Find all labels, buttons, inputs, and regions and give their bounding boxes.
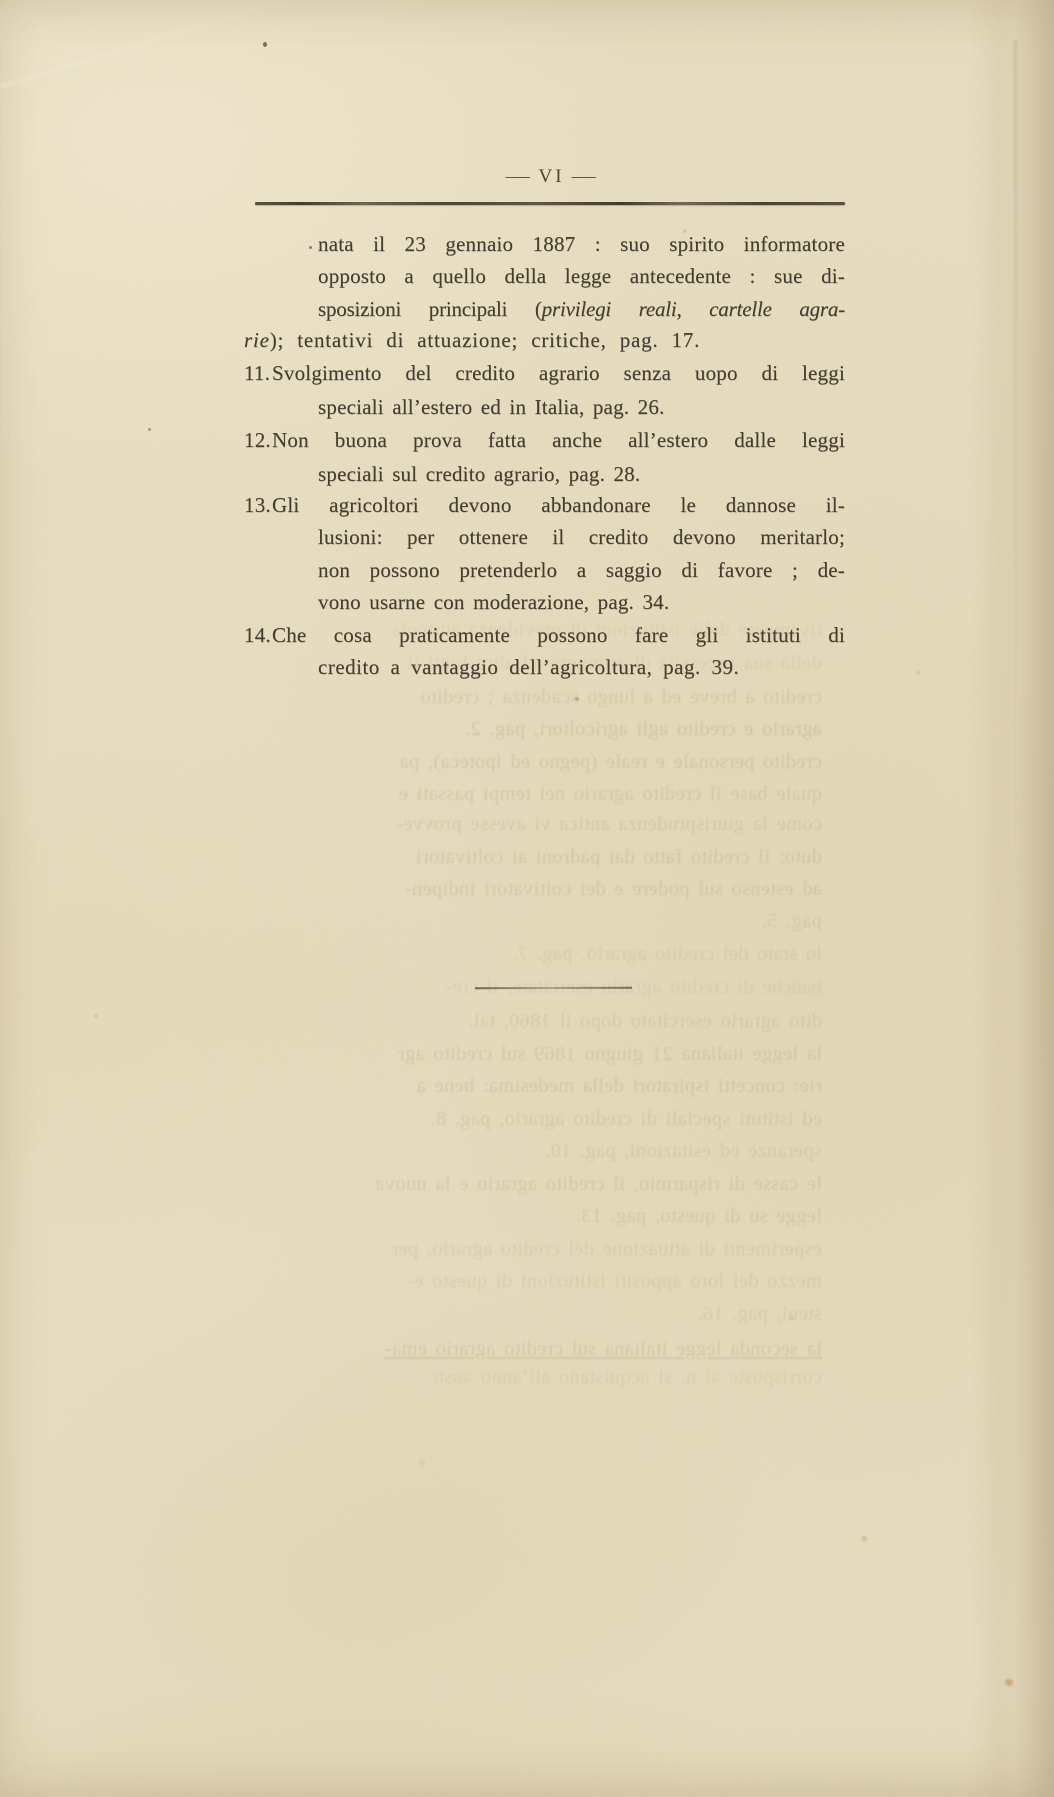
ghost-line: legge su di questo, pag. 13. [335, 1203, 942, 1229]
ghost-line: la seconda legge italiana sul credito ag… [335, 1336, 822, 1362]
ghost-line: mezzo dei loro appositi istituzioni di q… [335, 1268, 842, 1294]
foxing-spot [93, 1013, 99, 1019]
ink-speck [309, 246, 312, 249]
ghost-line: credito a breve ed a lungo scadenza ; cr… [335, 684, 822, 710]
foxing-spot [788, 1315, 795, 1321]
ink-speck [263, 42, 267, 47]
ghost-line: ed istituti speciali di credito agrario,… [335, 1106, 852, 1132]
toc-line: rie); tentativi di attuazione; critiche,… [244, 327, 845, 354]
ghost-line: dito agrario esercitato dopo il 1860, ta… [335, 1008, 862, 1034]
toc-line: Svolgimento del credito agrario senza uo… [272, 360, 845, 387]
toc-line-text-italic: rie [244, 328, 270, 352]
toc-line: vono usarne con moderazione, pag. 34. [318, 589, 669, 616]
ghost-line: esperimenti di attuazione del credito ag… [335, 1236, 822, 1262]
toc-line: lusioni: per ottenere il credito devono … [318, 524, 845, 551]
paper-crease [1014, 40, 1017, 960]
toc-line-text-italic: privilegi reali, cartelle agra- [542, 297, 845, 321]
header-page-number: VI [538, 166, 564, 188]
header-dash-right: — [571, 166, 597, 187]
toc-line-text: ); tentativi di attuazione; critiche, pa… [270, 328, 700, 352]
toc-line: speciali all’estero ed in Italia, pag. 2… [318, 394, 665, 421]
foxing-spot [418, 1459, 426, 1466]
ghost-line: la legge italiana 21 giugno 1869 sul cre… [335, 1041, 822, 1067]
ghost-line: come la giurisprudenza antica vi avesse … [335, 811, 822, 837]
ghost-line: pag. 5. [335, 908, 1054, 934]
header-rule [255, 202, 845, 205]
ghost-line: agrario e credito agli agricoltori, pag.… [335, 716, 862, 742]
ink-speck [148, 428, 151, 431]
foxing-spot [1004, 1678, 1014, 1687]
ghost-line: rie: concetti ispiratori della medesima:… [335, 1073, 822, 1099]
toc-line: credito a vantaggio dell’agricoltura, pa… [318, 654, 739, 681]
toc-line-text: sposizioni principali ( [318, 297, 542, 321]
toc-line: Gli agricoltori devono abbandonare le da… [272, 492, 845, 519]
foxing-spot [861, 1535, 868, 1542]
ghost-line: credito personale e reale (pegno ed ipot… [335, 749, 822, 775]
ghost-line: quale base il credito agrario nei tempi … [335, 781, 822, 807]
toc-line: nata il 23 gennaio 1887 : suo spirito in… [318, 231, 845, 258]
page-number-header: —VI— [258, 166, 845, 188]
toc-line: Non buona prova fatta anche all’estero d… [272, 427, 845, 454]
toc-line: non possono pretenderlo a saggio di favo… [318, 557, 845, 584]
header-dash-left: — [506, 166, 532, 187]
ghost-line: speranze ed esitazioni, pag. 10. [335, 1138, 922, 1164]
toc-line: sposizioni principali (privilegi reali, … [318, 296, 845, 323]
paper-crease [0, 0, 332, 98]
foxing-spot [575, 697, 579, 701]
page-edge-shade [968, 0, 1054, 1797]
section-divider [475, 987, 632, 990]
toc-line: speciali sul credito agrario, pag. 28. [318, 461, 640, 488]
ghost-line: corrisposte al n. si acquistano all’anno… [335, 1364, 852, 1390]
toc-line: Che cosa praticamente possono fare gli i… [272, 622, 845, 649]
ghost-line: duto: il credito fatto dai padroni ai co… [335, 844, 822, 870]
ghost-line: ad estenso sul podere e dei coltivatori … [335, 876, 822, 902]
ghost-line: steui, pag. 16. [335, 1301, 1042, 1327]
ghost-line: lo stato del credito agrario, pag. 7. [335, 941, 882, 967]
ghost-line: le casse di risparmio, il credito agrari… [335, 1171, 822, 1197]
toc-line: opposto a quello della legge antecedente… [318, 263, 845, 290]
scanned-book-page: —VI— nata il 23 gennaio 1887 : suo spiri… [0, 0, 1054, 1797]
foxing-spot [916, 670, 921, 675]
